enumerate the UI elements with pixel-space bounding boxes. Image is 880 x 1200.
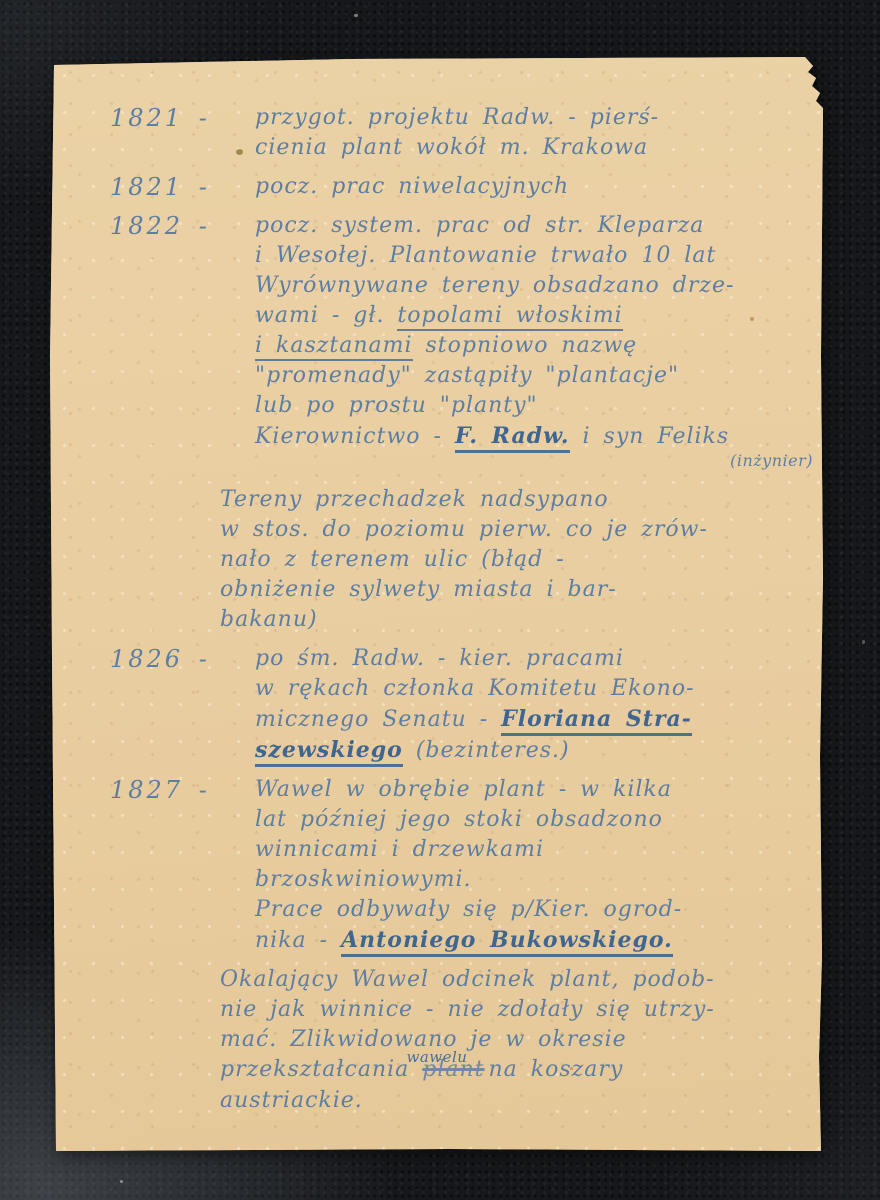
entry-row: 1826 -po śm. Radw. - kier. pracamiw ręka… (50, 644, 817, 766)
handwritten-line: micznego Senatu - Floriana Stra- (255, 704, 817, 735)
note-card: 1821 -przygot. projektu Radw. - pierś-ci… (50, 57, 823, 1151)
text-segment: F. Radw. (455, 423, 570, 453)
entry-body: Wawel w obrębie plant - w kilkalat późni… (255, 775, 817, 956)
entry-body: pocz. system. prac od str. Kleparzai Wes… (255, 211, 817, 476)
text-segment: w stos. do poziomu pierw. co je zrów- (220, 517, 708, 542)
text-segment: obniżenie sylwety miasta i bar- (220, 577, 617, 602)
text-segment: austriackie. (220, 1088, 363, 1113)
handwritten-line: przekształcania plantwawelu na koszary (220, 1055, 817, 1086)
entry-body: po śm. Radw. - kier. pracamiw rękach czł… (255, 644, 817, 766)
text-segment: lub po prostu "planty" (255, 393, 538, 418)
entries: 1821 -przygot. projektu Radw. - pierś-ci… (50, 103, 817, 1116)
entry-row: 1821 -przygot. projektu Radw. - pierś-ci… (50, 103, 817, 163)
text-segment: wawelu (407, 1042, 468, 1072)
text-segment: micznego Senatu - (255, 707, 501, 732)
handwritten-line: brzoskwiniowymi. (255, 865, 817, 895)
handwritten-line: mać. Zlikwidowano je w okresie (220, 1025, 817, 1055)
text-segment: topolami włoskimi (397, 303, 622, 331)
text-segment: wami - gł. (255, 303, 397, 328)
handwritten-line: Prace odbywały się p/Kier. ogrod- (255, 895, 817, 925)
handwritten-line: nało z terenem ulic (błąd - (220, 545, 817, 575)
text-segment: Kierownictwo - (255, 424, 455, 449)
text-segment: po śm. Radw. - kier. pracami (255, 646, 624, 671)
handwritten-line: lub po prostu "planty" (255, 391, 817, 421)
handwritten-line: Wawel w obrębie plant - w kilka (255, 775, 817, 805)
text-segment: (bezinteres.) (403, 738, 570, 763)
text-segment: winnicami i drzewkami (255, 837, 544, 862)
text-segment: nie jak winnice - nie zdołały się utrzy- (220, 997, 715, 1022)
entry-body: Okalający Wawel odcinek plant, podob-nie… (220, 965, 817, 1116)
text-segment: i syn Feliks (570, 424, 730, 449)
entry-date: 1826 - (50, 644, 255, 766)
entry-row: Tereny przechadzek nadsypanow stos. do p… (50, 485, 817, 635)
text-segment: Prace odbywały się p/Kier. ogrod- (255, 897, 682, 922)
entry-row: 1821 -pocz. prac niwelacyjnych (50, 172, 817, 202)
dust-speck (862, 640, 865, 644)
text-segment: stopniowo nazwę (413, 333, 638, 358)
handwritten-line: w stos. do poziomu pierw. co je zrów- (220, 515, 817, 545)
text-segment: Okalający Wawel odcinek plant, podob- (220, 967, 715, 992)
entry-body: pocz. prac niwelacyjnych (255, 172, 817, 202)
handwritten-line: w rękach członka Komitetu Ekono- (255, 674, 817, 704)
text-segment: nika - (255, 928, 341, 953)
text-segment: pocz. prac niwelacyjnych (255, 174, 569, 199)
handwritten-line: pocz. prac niwelacyjnych (255, 172, 817, 202)
handwritten-line: wami - gł. topolami włoskimi (255, 301, 817, 331)
handwritten-line: lat później jego stoki obsadzono (255, 805, 817, 835)
handwritten-line: nie jak winnice - nie zdołały się utrzy- (220, 995, 817, 1025)
handwritten-line: bakanu) (220, 605, 817, 635)
handwritten-content: 1821 -przygot. projektu Radw. - pierś-ci… (50, 57, 823, 1151)
entry-date (50, 485, 220, 635)
text-segment: (inżynier) (730, 451, 813, 470)
text-segment: w rękach członka Komitetu Ekono- (255, 676, 695, 701)
text-segment: przekształcania (220, 1057, 422, 1082)
text-segment: i Wesołej. Plantowanie trwało 10 lat (255, 243, 716, 268)
text-segment: "promenady" zastąpiły "plantacje" (255, 363, 679, 388)
handwritten-line: i Wesołej. Plantowanie trwało 10 lat (255, 241, 817, 271)
entry-date: 1821 - (50, 103, 255, 163)
handwritten-line: cienia plant wokół m. Krakowa (255, 133, 817, 163)
entry-date: 1821 - (50, 172, 255, 202)
handwritten-line: obniżenie sylwety miasta i bar- (220, 575, 817, 605)
dust-speck (120, 1180, 123, 1183)
text-segment: Wawel w obrębie plant - w kilka (255, 777, 672, 802)
entry-body: Tereny przechadzek nadsypanow stos. do p… (220, 485, 817, 635)
text-segment: i kasztanami (255, 333, 413, 361)
text-segment: przygot. projektu Radw. - pierś- (255, 105, 659, 130)
handwritten-line: pocz. system. prac od str. Kleparza (255, 211, 817, 241)
text-segment: bakanu) (220, 607, 318, 632)
handwritten-line: przygot. projektu Radw. - pierś- (255, 103, 817, 133)
entry-row: 1822 -pocz. system. prac od str. Kleparz… (50, 211, 817, 476)
entry-row: Okalający Wawel odcinek plant, podob-nie… (50, 965, 817, 1116)
entry-body: przygot. projektu Radw. - pierś-cienia p… (255, 103, 817, 163)
entry-date (50, 965, 220, 1116)
text-segment: cienia plant wokół m. Krakowa (255, 135, 648, 160)
text-segment: Antoniego Bukowskiego. (341, 927, 673, 957)
handwritten-line: Tereny przechadzek nadsypano (220, 485, 817, 515)
handwritten-line: Okalający Wawel odcinek plant, podob- (220, 965, 817, 995)
handwritten-line: winnicami i drzewkami (255, 835, 817, 865)
entry-date: 1827 - (50, 775, 255, 956)
handwritten-line: nika - Antoniego Bukowskiego. (255, 925, 817, 956)
text-segment: na koszary (475, 1057, 623, 1082)
text-segment: Floriana Stra- (501, 706, 692, 736)
handwritten-line: i kasztanami stopniowo nazwę (255, 331, 817, 361)
entry-date: 1822 - (50, 211, 255, 476)
text-segment: szewskiego (255, 737, 403, 767)
handwritten-line: austriackie. (220, 1086, 817, 1116)
entry-row: 1827 -Wawel w obrębie plant - w kilkalat… (50, 775, 817, 956)
handwritten-line: "promenady" zastąpiły "plantacje" (255, 361, 817, 391)
handwritten-line: Wyrównywane tereny obsadzano drze- (255, 271, 817, 301)
handwritten-line: po śm. Radw. - kier. pracami (255, 644, 817, 674)
text-segment: lat później jego stoki obsadzono (255, 807, 663, 832)
handwritten-line: szewskiego (bezinteres.) (255, 735, 817, 766)
text-segment: pocz. system. prac od str. Kleparza (255, 213, 704, 238)
dust-speck (354, 14, 358, 17)
text-segment: nało z terenem ulic (błąd - (220, 547, 565, 572)
text-segment: brzoskwiniowymi. (255, 867, 472, 892)
text-segment: Wyrównywane tereny obsadzano drze- (255, 273, 734, 298)
note-card-wrapper: 1821 -przygot. projektu Radw. - pierś-ci… (50, 57, 823, 1151)
text-segment: Tereny przechadzek nadsypano (220, 487, 609, 512)
